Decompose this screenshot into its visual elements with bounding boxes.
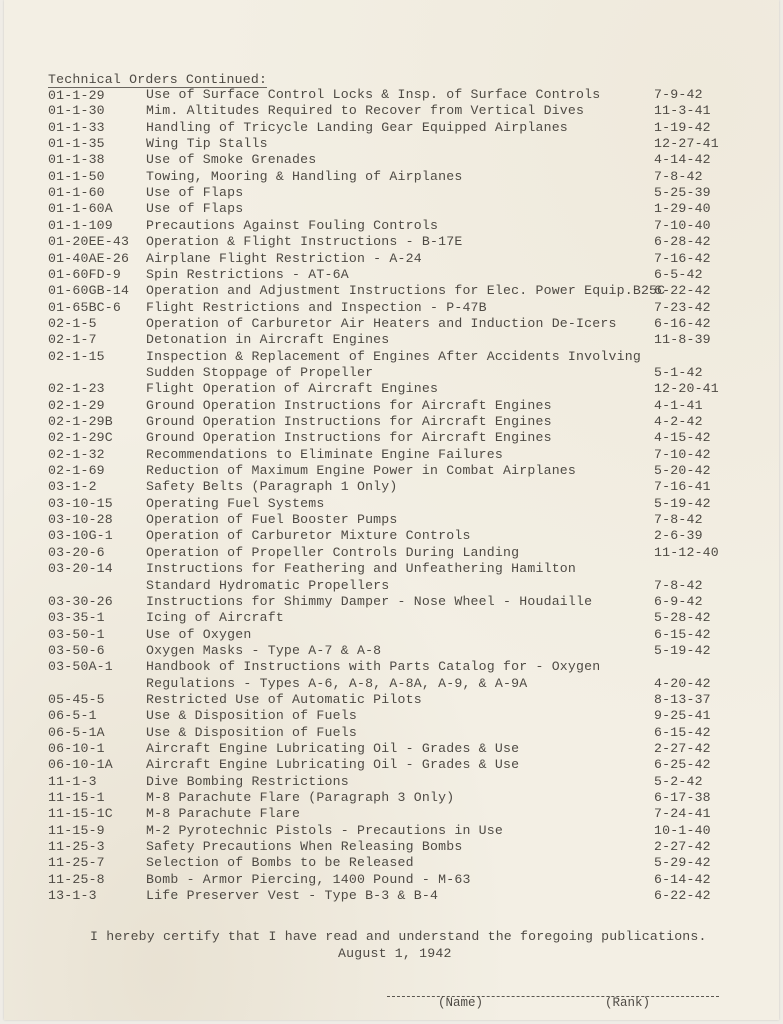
order-date: 5-29-42 — [654, 855, 711, 871]
order-date: 7-8-42 — [654, 169, 703, 185]
order-title: Detonation in Aircraft Engines — [146, 332, 389, 348]
order-date: 5-25-39 — [654, 185, 711, 201]
certification-statement: I hereby certify that I have read and un… — [90, 929, 707, 945]
order-number: 01-1-33 — [48, 120, 105, 136]
order-number: 01-1-50 — [48, 169, 105, 185]
order-date: 2-27-42 — [654, 741, 711, 757]
order-title: Operation and Adjustment Instructions fo… — [146, 283, 665, 299]
order-date: 7-9-42 — [654, 87, 703, 103]
order-title: Standard Hydromatic Propellers — [146, 578, 389, 594]
order-date: 4-20-42 — [654, 676, 711, 692]
order-number: 01-1-38 — [48, 152, 105, 168]
name-label: (Name) — [438, 996, 483, 1010]
order-number: 06-10-1A — [48, 757, 113, 773]
order-title: Icing of Aircraft — [146, 610, 284, 626]
section-heading-text: Technical Orders Continued: — [48, 72, 267, 88]
order-number: 11-25-3 — [48, 839, 105, 855]
order-date: 6-16-42 — [654, 316, 711, 332]
order-number: 03-35-1 — [48, 610, 105, 626]
order-number: 05-45-5 — [48, 692, 105, 708]
order-number: 11-1-3 — [48, 774, 97, 790]
order-date: 5-19-42 — [654, 643, 711, 659]
order-title: Flight Restrictions and Inspection - P-4… — [146, 300, 487, 316]
order-date: 7-8-42 — [654, 512, 703, 528]
order-title: Inspection & Replacement of Engines Afte… — [146, 349, 641, 365]
order-number: 02-1-29B — [48, 414, 113, 430]
order-title: Bomb - Armor Piercing, 1400 Pound - M-63 — [146, 872, 471, 888]
order-title: Oxygen Masks - Type A-7 & A-8 — [146, 643, 381, 659]
order-title: Recommendations to Eliminate Engine Fail… — [146, 447, 503, 463]
order-title: M-2 Pyrotechnic Pistols - Precautions in… — [146, 823, 503, 839]
order-number: 03-30-26 — [48, 594, 113, 610]
order-date: 6-14-42 — [654, 872, 711, 888]
order-number: 11-15-1 — [48, 790, 105, 806]
order-title: Towing, Mooring & Handling of Airplanes — [146, 169, 462, 185]
order-title: Selection of Bombs to be Released — [146, 855, 414, 871]
order-date: 12-20-41 — [654, 381, 719, 397]
order-date: 7-16-41 — [654, 479, 711, 495]
order-date: 7-23-42 — [654, 300, 711, 316]
order-title: Reduction of Maximum Engine Power in Com… — [146, 463, 576, 479]
order-number: 11-25-8 — [48, 872, 105, 888]
order-number: 11-25-7 — [48, 855, 105, 871]
order-date: 2-6-39 — [654, 528, 703, 544]
order-date: 7-10-42 — [654, 447, 711, 463]
order-date: 11-3-41 — [654, 103, 711, 119]
order-title: Sudden Stoppage of Propeller — [146, 365, 373, 381]
order-number: 01-60GB-14 — [48, 283, 129, 299]
order-title: Mim. Altitudes Required to Recover from … — [146, 103, 584, 119]
order-title: Ground Operation Instructions for Aircra… — [146, 414, 552, 430]
order-title: Flight Operation of Aircraft Engines — [146, 381, 438, 397]
order-date: 6-5-42 — [654, 267, 703, 283]
order-title: Aircraft Engine Lubricating Oil - Grades… — [146, 757, 519, 773]
order-title: Precautions Against Fouling Controls — [146, 218, 438, 234]
order-date: 6-15-42 — [654, 627, 711, 643]
order-title: Ground Operation Instructions for Aircra… — [146, 430, 552, 446]
order-number: 03-1-2 — [48, 479, 97, 495]
order-number: 03-20-14 — [48, 561, 113, 577]
order-number: 02-1-7 — [48, 332, 97, 348]
certification-date: August 1, 1942 — [338, 946, 452, 962]
order-date: 4-15-42 — [654, 430, 711, 446]
order-number: 02-1-32 — [48, 447, 105, 463]
order-title: Use of Smoke Grenades — [146, 152, 316, 168]
order-title: Aircraft Engine Lubricating Oil - Grades… — [146, 741, 519, 757]
order-date: 5-2-42 — [654, 774, 703, 790]
order-date: 5-1-42 — [654, 365, 703, 381]
order-date: 10-1-40 — [654, 823, 711, 839]
order-date: 6-22-42 — [654, 888, 711, 904]
order-number: 03-10-28 — [48, 512, 113, 528]
order-title: Safety Belts (Paragraph 1 Only) — [146, 479, 398, 495]
order-date: 7-10-40 — [654, 218, 711, 234]
order-number: 01-1-60A — [48, 201, 113, 217]
order-number: 13-1-3 — [48, 888, 97, 904]
order-date: 7-16-42 — [654, 251, 711, 267]
order-number: 02-1-5 — [48, 316, 97, 332]
order-date: 6-25-42 — [654, 757, 711, 773]
order-date: 11-8-39 — [654, 332, 711, 348]
order-title: Handling of Tricycle Landing Gear Equipp… — [146, 120, 568, 136]
order-title: Use & Disposition of Fuels — [146, 725, 357, 741]
order-title: Regulations - Types A-6, A-8, A-8A, A-9,… — [146, 676, 527, 692]
order-number: 03-50-6 — [48, 643, 105, 659]
order-title: Instructions for Shimmy Damper - Nose Wh… — [146, 594, 592, 610]
order-title: Operation & Flight Instructions - B-17E — [146, 234, 462, 250]
order-number: 01-1-30 — [48, 103, 105, 119]
order-date: 8-13-37 — [654, 692, 711, 708]
order-date: 6-9-42 — [654, 594, 703, 610]
order-number: 03-10-15 — [48, 496, 113, 512]
order-date: 6-22-42 — [654, 283, 711, 299]
section-heading: Technical Orders Continued: — [48, 72, 267, 88]
order-title: Use of Flaps — [146, 185, 243, 201]
order-date: 7-8-42 — [654, 578, 703, 594]
order-date: 4-14-42 — [654, 152, 711, 168]
order-number: 03-50A-1 — [48, 659, 113, 675]
order-date: 9-25-41 — [654, 708, 711, 724]
order-number: 01-40AE-26 — [48, 251, 129, 267]
order-title: Dive Bombing Restrictions — [146, 774, 349, 790]
order-number: 03-10G-1 — [48, 528, 113, 544]
order-number: 06-5-1A — [48, 725, 105, 741]
order-title: Spin Restrictions - AT-6A — [146, 267, 349, 283]
order-number: 11-15-9 — [48, 823, 105, 839]
order-date: 5-20-42 — [654, 463, 711, 479]
order-title: Restricted Use of Automatic Pilots — [146, 692, 422, 708]
order-title: Use & Disposition of Fuels — [146, 708, 357, 724]
order-title: Life Preserver Vest - Type B-3 & B-4 — [146, 888, 438, 904]
order-date: 4-2-42 — [654, 414, 703, 430]
signature-line — [387, 996, 719, 997]
order-date: 1-29-40 — [654, 201, 711, 217]
order-number: 03-50-1 — [48, 627, 105, 643]
order-title: Instructions for Feathering and Unfeathe… — [146, 561, 576, 577]
order-title: Airplane Flight Restriction - A-24 — [146, 251, 422, 267]
order-date: 11-12-40 — [654, 545, 719, 561]
order-date: 6-28-42 — [654, 234, 711, 250]
order-date: 2-27-42 — [654, 839, 711, 855]
rank-label: (Rank) — [605, 996, 650, 1010]
order-date: 6-15-42 — [654, 725, 711, 741]
order-number: 01-1-109 — [48, 218, 113, 234]
order-number: 11-15-1C — [48, 806, 113, 822]
order-title: Operation of Propeller Controls During L… — [146, 545, 519, 561]
order-title: Ground Operation Instructions for Aircra… — [146, 398, 552, 414]
order-number: 01-1-29 — [48, 87, 105, 104]
order-number: 06-10-1 — [48, 741, 105, 757]
order-title: Use of Surface Control Locks & Insp. of … — [146, 87, 600, 103]
order-date: 5-19-42 — [654, 496, 711, 512]
order-number: 02-1-15 — [48, 349, 105, 365]
order-number: 01-65BC-6 — [48, 300, 121, 316]
order-title: M-8 Parachute Flare (Paragraph 3 Only) — [146, 790, 454, 806]
document-page: Technical Orders Continued: 01-1-29Use o… — [4, 0, 779, 1020]
order-number: 01-1-60 — [48, 185, 105, 201]
order-number: 06-5-1 — [48, 708, 97, 724]
order-title: Use of Flaps — [146, 201, 243, 217]
order-title: Operation of Fuel Booster Pumps — [146, 512, 398, 528]
order-date: 4-1-41 — [654, 398, 703, 414]
order-title: Safety Precautions When Releasing Bombs — [146, 839, 462, 855]
order-title: Operation of Carburetor Air Heaters and … — [146, 316, 617, 332]
order-title: Operation of Carburetor Mixture Controls — [146, 528, 471, 544]
order-date: 1-19-42 — [654, 120, 711, 136]
order-date: 12-27-41 — [654, 136, 719, 152]
order-title: Wing Tip Stalls — [146, 136, 268, 152]
order-number: 02-1-69 — [48, 463, 105, 479]
order-number: 02-1-29C — [48, 430, 113, 446]
order-title: Operating Fuel Systems — [146, 496, 325, 512]
order-number: 01-60FD-9 — [48, 267, 121, 283]
order-title: Handbook of Instructions with Parts Cata… — [146, 659, 600, 675]
order-number: 01-1-35 — [48, 136, 105, 152]
order-number: 01-20EE-43 — [48, 234, 129, 250]
order-date: 7-24-41 — [654, 806, 711, 822]
order-title: Use of Oxygen — [146, 627, 251, 643]
order-date: 6-17-38 — [654, 790, 711, 806]
order-title: M-8 Parachute Flare — [146, 806, 300, 822]
order-number: 03-20-6 — [48, 545, 105, 561]
order-number: 02-1-29 — [48, 398, 105, 414]
order-number: 02-1-23 — [48, 381, 105, 397]
order-date: 5-28-42 — [654, 610, 711, 626]
